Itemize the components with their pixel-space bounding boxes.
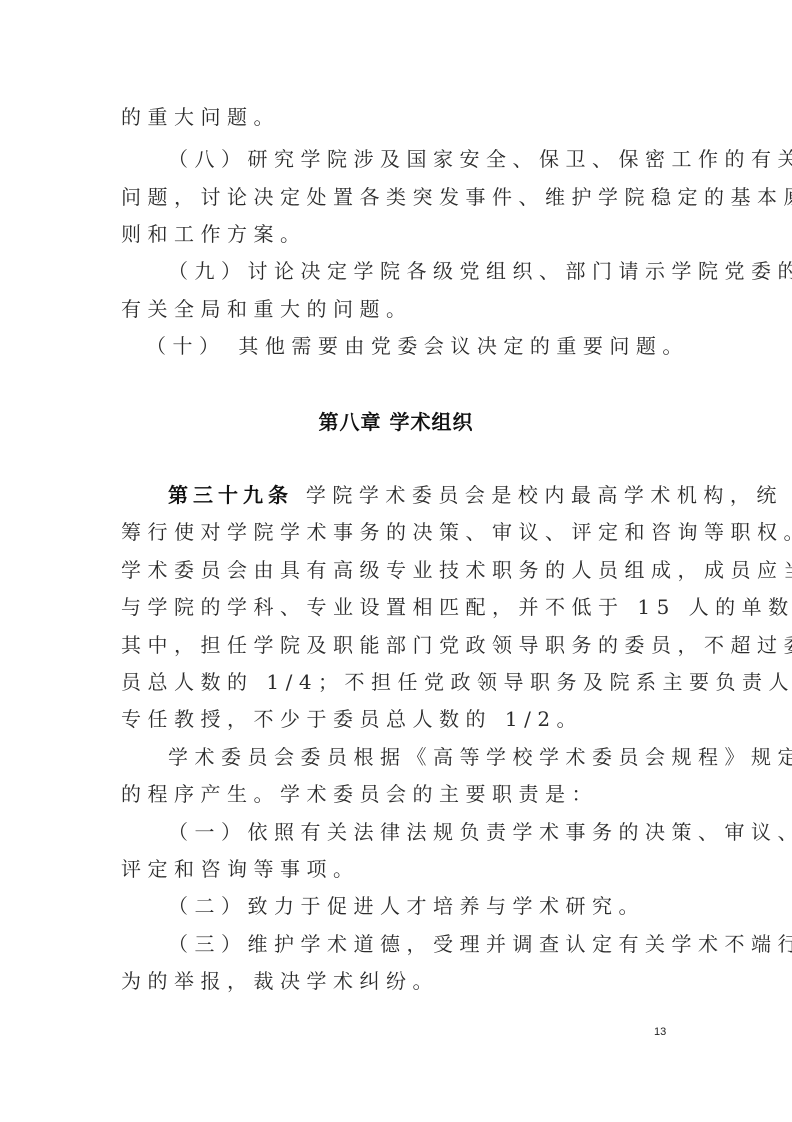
paragraph-line-item-8: （八）研究学院涉及国家安全、保卫、保密工作的有关 (168, 146, 792, 172)
article-first-line-text: 学院学术委员会是校内最高学术机构，统 (293, 483, 783, 507)
paragraph-line-item-9: （九）讨论决定学院各级党组织、部门请示学院党委的 (168, 258, 792, 284)
document-page: 的重大问题。 （八）研究学院涉及国家安全、保卫、保密工作的有关 问题，讨论决定处… (0, 0, 792, 1122)
paragraph-line: 其中，担任学院及职能部门党政领导职务的委员，不超过委 (121, 632, 792, 658)
paragraph-line: 筹行使对学院学术事务的决策、审议、评定和咨询等职权。 (121, 519, 792, 545)
paragraph-line-item-10: （十） 其他需要由党委会议决定的重要问题。 (146, 333, 689, 359)
paragraph-line-item-2: （二）致力于促进人才培养与学术研究。 (168, 893, 645, 919)
paragraph-line-item-3: （三）维护学术道德，受理并调查认定有关学术不端行 (168, 931, 792, 957)
paragraph-line: 的程序产生。学术委员会的主要职责是： (121, 781, 598, 807)
paragraph-line: 学术委员会由具有高级专业技术职务的人员组成，成员应当 (121, 557, 792, 583)
paragraph-line-item-1: （一）依照有关法律法规负责学术事务的决策、审议、 (168, 819, 792, 845)
paragraph-line: 则和工作方案。 (121, 221, 307, 247)
paragraph-line: 问题，讨论决定处置各类突发事件、维护学院稳定的基本原 (121, 184, 792, 210)
paragraph-line: 的重大问题。 (121, 104, 280, 130)
paragraph-line: 与学院的学科、专业设置相匹配，并不低于 15 人的单数。 (121, 594, 792, 620)
paragraph-line: 为的举报，裁决学术纠纷。 (121, 968, 439, 994)
paragraph-line: 员总人数的 1/4；不担任党政领导职务及院系主要负责人的 (121, 669, 792, 695)
chapter-heading: 第八章 学术组织 (0, 406, 792, 435)
paragraph-line: 专任教授，不少于委员总人数的 1/2。 (121, 706, 583, 732)
article-label: 第三十九条 (168, 483, 293, 507)
paragraph-line: 学术委员会委员根据《高等学校学术委员会规程》规定 (168, 744, 792, 770)
page-number: 13 (654, 1026, 666, 1038)
paragraph-line: 评定和咨询等事项。 (121, 856, 360, 882)
article-first-line: 第三十九条 学院学术委员会是校内最高学术机构，统 (168, 482, 783, 508)
paragraph-line: 有关全局和重大的问题。 (121, 296, 413, 322)
